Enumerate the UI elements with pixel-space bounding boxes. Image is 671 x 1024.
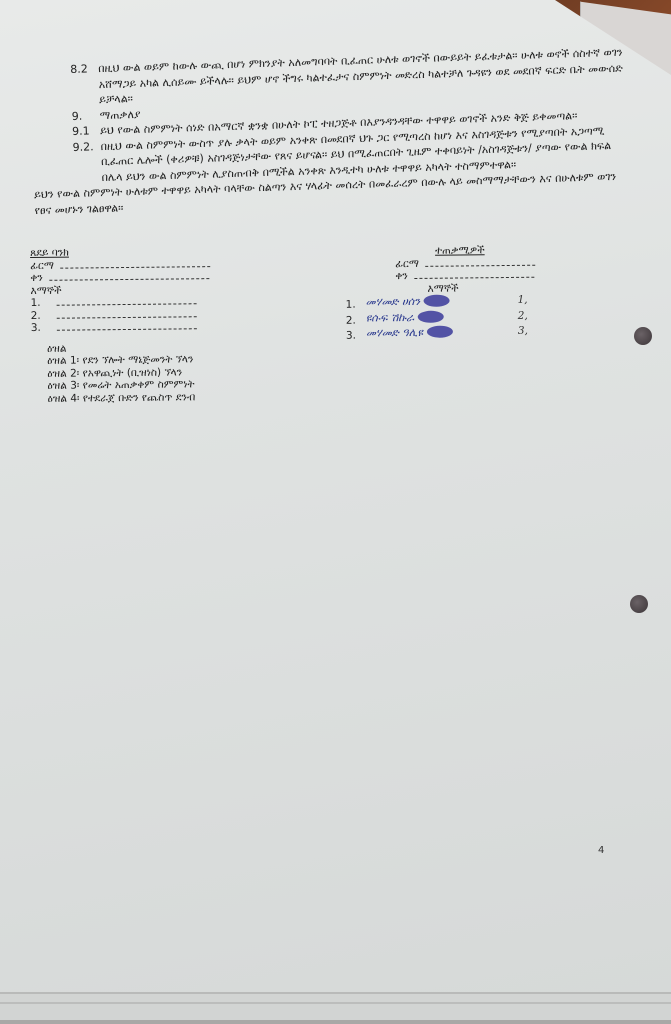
witness-blank [57, 295, 197, 305]
witness-blank [57, 308, 197, 318]
witness-name: ዩሱፍ ሽኩራ [366, 311, 414, 324]
underlying-sheets-edge [0, 992, 671, 1024]
date-blank [49, 270, 209, 281]
signature-section: ጸደይ ባንክ ፊርማ ቀን እማኞች 1. 2. 3. [30, 241, 630, 247]
section-number: 9. [71, 108, 82, 124]
witness-number: 1. [346, 298, 366, 311]
signature-scribble [424, 295, 450, 307]
date-label: ቀን [30, 272, 43, 285]
beneficiaries-signature-block: ተጠቃሚዎች ፊርማ ቀን እማኞች 1. መሃመድ ሀሰን 1, 2. ዩሱፍ… [345, 243, 566, 342]
document-page: 8.2 በዚህ ውል ወይም ከውሉ ውጪ በሆነ ምክንያት አለመግባባት … [0, 0, 671, 1000]
witness-number: 3. [346, 329, 366, 342]
witness-number: 1. [31, 297, 51, 310]
witness-number: 2. [346, 314, 366, 327]
bank-signature-block: ጸደይ ባንክ ፊርማ ቀን እማኞች 1. 2. 3. [30, 244, 292, 405]
section-title: ማጠቃለያ [99, 107, 140, 121]
witness-tally: 1, [518, 294, 528, 307]
punch-hole-icon [630, 595, 648, 613]
annex-list: ዕዝል ዕዝል 1፡ የደን ኘሎት ማኔጅመንት ኘላን ዕዝል 2፡ የአዋ… [31, 340, 292, 405]
contract-body: 8.2 በዚህ ውል ወይም ከውሉ ውጪ በሆነ ምክንያት አለመግባባት … [70, 44, 635, 217]
clause-number: 9.2. [72, 139, 93, 155]
witness-blank [57, 320, 197, 330]
signature-scribble [427, 326, 453, 338]
signature-label: ፊርማ [395, 257, 419, 270]
signature-blank [60, 258, 210, 269]
signature-scribble [418, 310, 444, 322]
witness-tally: 3, [518, 325, 528, 338]
witness-line: 3. መሃመድ ዓሊዩ 3, [346, 324, 566, 342]
witness-line: 3. [31, 319, 291, 334]
page-number: 4 [598, 845, 604, 856]
witness-tally: 2, [518, 309, 528, 322]
witness-name: መሃመድ ዓሊዩ [366, 327, 423, 340]
date-label: ቀን [395, 270, 408, 283]
witnesses-label-text: እማኞች [427, 282, 458, 294]
witness-number: 3. [31, 322, 51, 335]
annex-item: ዕዝል 4፡ የተደራጀ ቡድን የጨስጥ ደንብ [48, 390, 292, 405]
clause-number: 8.2 [70, 61, 88, 77]
witness-name: መሃመድ ሀሰን [366, 296, 420, 309]
signature-blank [425, 256, 535, 266]
signature-label: ፊርማ [30, 259, 54, 272]
punch-hole-icon [634, 327, 652, 345]
date-blank [414, 269, 534, 279]
witness-number: 2. [31, 309, 51, 322]
clause-number: 9.1 [72, 123, 90, 139]
